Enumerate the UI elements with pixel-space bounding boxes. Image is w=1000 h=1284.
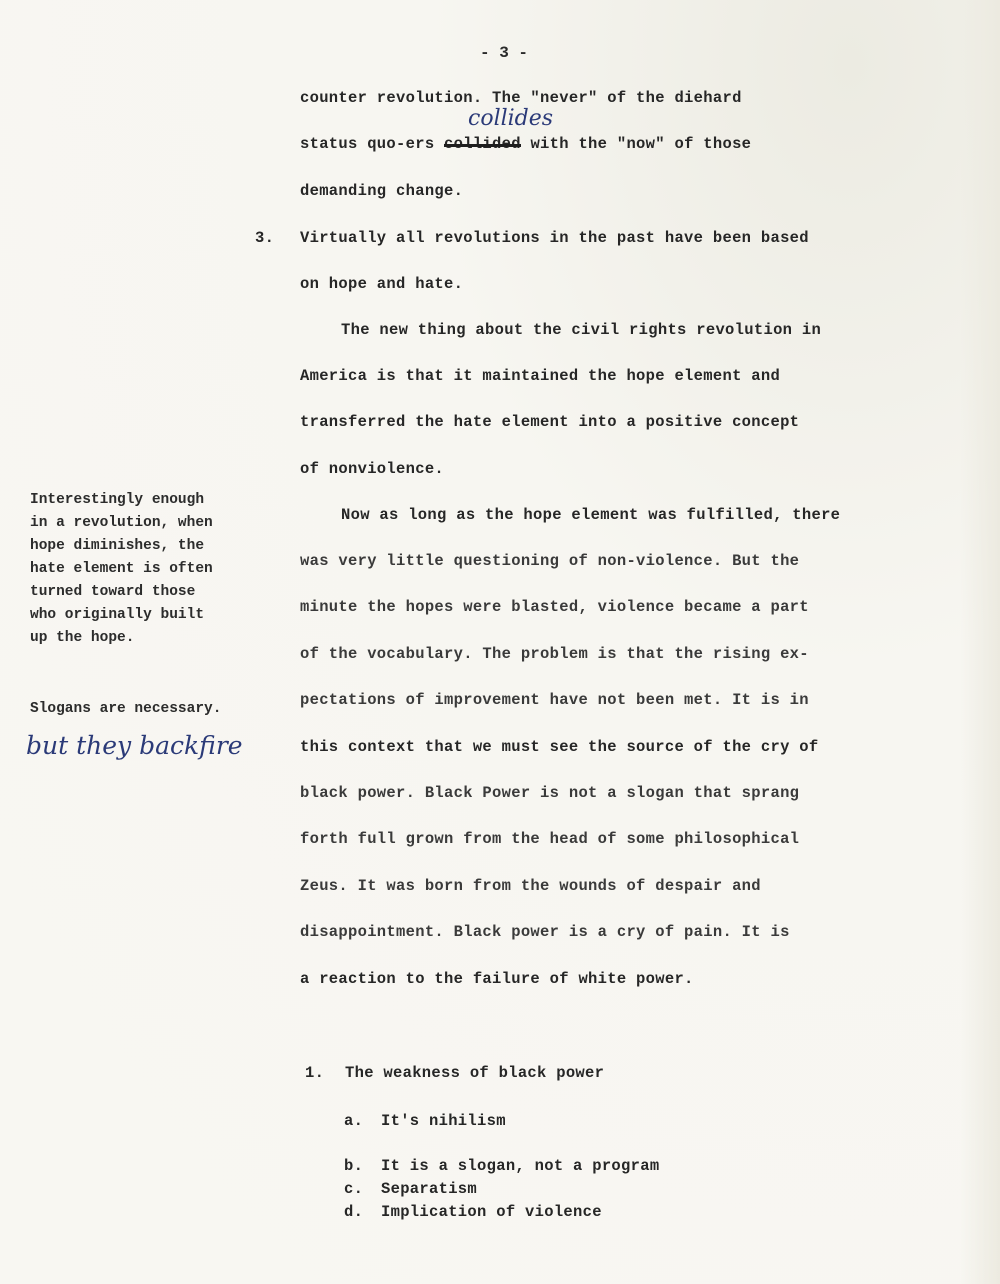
civil-rights-line-3: transferred the hate element into a posi… — [300, 413, 799, 431]
body-line-3: demanding change. — [300, 182, 463, 200]
outline-item-c-letter: c. — [344, 1180, 363, 1198]
body-line-2: status quo-ers collided with the "now" o… — [300, 135, 751, 153]
margin-note-slogans: Slogans are necessary. — [30, 698, 221, 721]
margin-note-hope: Interestingly enough in a revolution, wh… — [30, 489, 213, 650]
struck-word: collided — [444, 135, 521, 153]
page-edge-shadow — [960, 0, 1000, 1284]
civil-rights-line-2: America is that it maintained the hope e… — [300, 367, 780, 385]
hope-line-5: pectations of improvement have not been … — [300, 691, 809, 709]
hope-line-4: of the vocabulary. The problem is that t… — [300, 645, 809, 663]
handwritten-insert: collides — [468, 106, 553, 131]
hope-line-3: minute the hopes were blasted, violence … — [300, 598, 809, 616]
outline-number: 1. — [305, 1064, 324, 1082]
page-number: - 3 - — [480, 44, 528, 62]
item-3-line-1: Virtually all revolutions in the past ha… — [300, 229, 809, 247]
hope-line-9: Zeus. It was born from the wounds of des… — [300, 877, 761, 895]
civil-rights-line-4: of nonviolence. — [300, 460, 444, 478]
hope-line-1: Now as long as the hope element was fulf… — [341, 506, 840, 524]
hope-line-10: disappointment. Black power is a cry of … — [300, 923, 790, 941]
hope-line-2: was very little questioning of non-viole… — [300, 552, 799, 570]
civil-rights-line-1: The new thing about the civil rights rev… — [341, 321, 821, 339]
hope-line-6: this context that we must see the source… — [300, 738, 818, 756]
handwritten-margin-note: but they backfire — [26, 731, 243, 760]
outline-item-d: Implication of violence — [381, 1203, 602, 1221]
hope-line-7: black power. Black Power is not a slogan… — [300, 784, 799, 802]
outline-item-a: It's nihilism — [381, 1112, 506, 1130]
body-line-2-after: with the "now" of those — [521, 135, 751, 153]
outline-item-c: Separatism — [381, 1180, 477, 1198]
hope-line-11: a reaction to the failure of white power… — [300, 970, 694, 988]
hope-line-8: forth full grown from the head of some p… — [300, 830, 799, 848]
outline-heading: The weakness of black power — [345, 1064, 604, 1082]
body-line-1: counter revolution. The "never" of the d… — [300, 89, 742, 107]
item-3-number: 3. — [255, 229, 274, 247]
outline-item-a-letter: a. — [344, 1112, 363, 1130]
document-page: - 3 - counter revolution. The "never" of… — [0, 0, 1000, 1284]
item-3-line-2: on hope and hate. — [300, 275, 463, 293]
outline-item-b-letter: b. — [344, 1157, 363, 1175]
body-line-2-before: status quo-ers — [300, 135, 444, 153]
outline-item-d-letter: d. — [344, 1203, 363, 1221]
outline-item-b: It is a slogan, not a program — [381, 1157, 659, 1175]
